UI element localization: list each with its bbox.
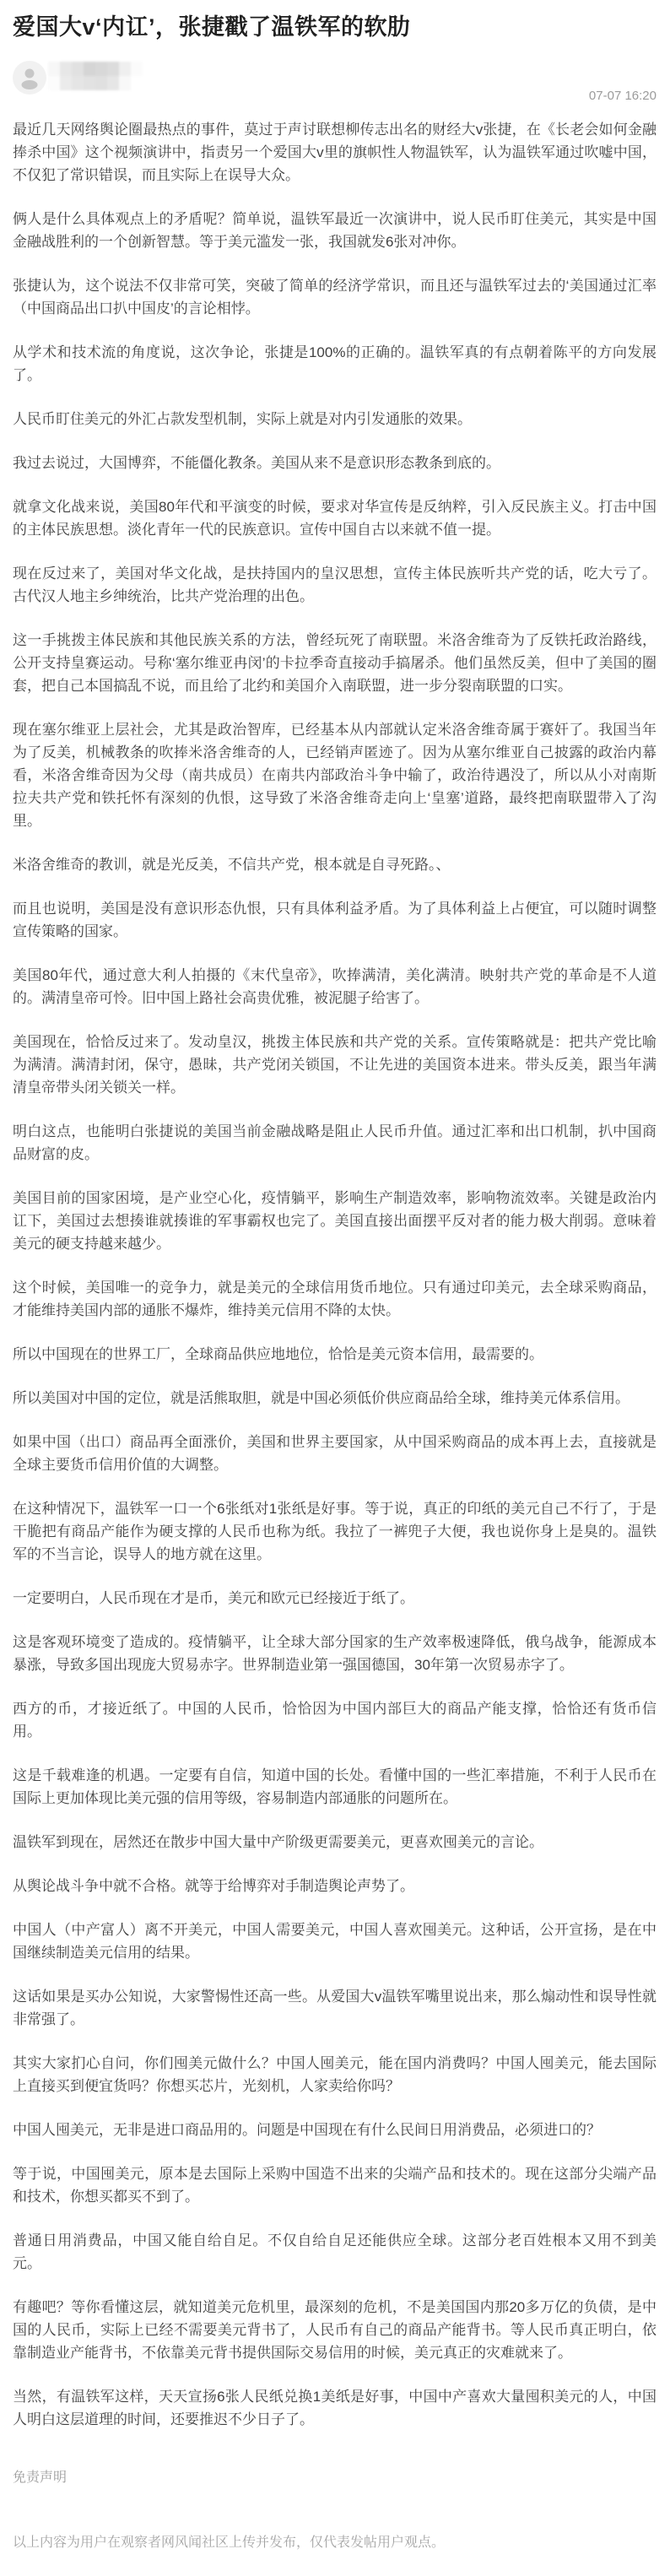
article-paragraph: 普通日用消费品，中国又能自给自足。不仅自给自足还能供应全球。这部分老百姓根本又用… (13, 2229, 656, 2275)
article-paragraph: 最近几天网络舆论圈最热点的事件，莫过于声讨联想柳传志出名的财经大v张捷，在《长老… (13, 118, 656, 187)
article-paragraph: 温铁军到现在，居然还在散步中国大量中产阶级更需要美元，更喜欢囤美元的言论。 (13, 1831, 656, 1854)
disclaimer-text: 以上内容为用户在观察者网风闻社区上传并发布，仅代表发帖用户观点。 (13, 2531, 656, 2551)
article-paragraph: 美国80年代，通过意大利人拍摄的《末代皇帝》，吹捧满清，美化满清。映射共产党的革… (13, 964, 656, 1009)
article-paragraph: 这话如果是买办公知说，大家警惕性还高一些。从爱国大v温铁军嘴里说出来，那么煽动性… (13, 1985, 656, 2031)
article-paragraph: 就拿文化战来说，美国80年代和平演变的时候，要求对华宣传是反纳粹，引入反民族主义… (13, 495, 656, 541)
article-body: 最近几天网络舆论圈最热点的事件，莫过于声讨联想柳传志出名的财经大v张捷，在《长老… (13, 118, 656, 2431)
article-paragraph: 而且也说明，美国是没有意识形态仇恨，只有具体利益矛盾。为了具体利益上占便宜，可以… (13, 897, 656, 943)
article-paragraph: 这是客观环境变了造成的。疫情躺平，让全球大部分国家的生产效率极速降低，俄乌战争，… (13, 1631, 656, 1676)
article-paragraph: 人民币盯住美元的外汇占款发型机制，实际上就是对内引发通胀的效果。 (13, 408, 656, 430)
article-paragraph: 当然，有温铁军这样，天天宣扬6张人民纸兑换1美纸是好事，中国中产喜欢大量囤积美元… (13, 2385, 656, 2431)
article-paragraph: 俩人是什么具体观点上的矛盾呢？简单说，温铁军最近一次演讲中，说人民币盯住美元，其… (13, 208, 656, 253)
person-icon (13, 61, 46, 95)
article-paragraph: 现在塞尔维亚上层社会，尤其是政治智库，已经基本从内部就认定米洛舍维奇属于赛奸了。… (13, 718, 656, 832)
page-title: 爱国大v‘内讧’，张捷戳了温铁军的软肋 (13, 12, 656, 42)
article-paragraph: 中国人（中产富人）离不开美元，中国人需要美元，中国人喜欢囤美元。这种话，公开宣扬… (13, 1918, 656, 1964)
article-paragraph: 美国目前的国家困境，是产业空心化，疫情躺平，影响生产制造效率，影响物流效率。关键… (13, 1187, 656, 1255)
article-paragraph: 等于说，中国囤美元，原本是去国际上采购中国造不出来的尖端产品和技术的。现在这部分… (13, 2162, 656, 2208)
author-name-blurred[interactable] (48, 62, 143, 90)
article-paragraph: 如果中国（出口）商品再全面涨价，美国和世界主要国家，从中国采购商品的成本再上去，… (13, 1431, 656, 1476)
article-paragraph: 所以中国现在的世界工厂，全球商品供应地地位，恰恰是美元资本信用，最需要的。 (13, 1343, 656, 1366)
article-paragraph: 张捷认为，这个说法不仅非常可笑，突破了简单的经济学常识，而且还与温铁军过去的‘美… (13, 274, 656, 320)
article-paragraph: 在这种情况下，温铁军一口一个6张纸对1张纸是好事。等于说，真正的印纸的美元自己不… (13, 1497, 656, 1566)
article-paragraph: 这是千载难逢的机遇。一定要有自信，知道中国的长处。看懂中国的一些汇率措施，不利于… (13, 1764, 656, 1810)
article-paragraph: 米洛舍维奇的教训，就是光反美，不信共产党，根本就是自寻死路。、 (13, 853, 656, 876)
user-avatar[interactable] (13, 61, 46, 95)
post-timestamp: 07-07 16:20 (589, 89, 656, 103)
article-paragraph: 美国现在，恰恰反过来了。发动皇汉，挑拨主体民族和共产党的关系。宣传策略就是：把共… (13, 1031, 656, 1099)
article-paragraph: 其实大家扪心自问，你们囤美元做什么？中国人囤美元，能在国内消费吗？中国人囤美元，… (13, 2052, 656, 2097)
disclaimer-heading: 免责声明 (13, 2466, 656, 2486)
article-paragraph: 中国人囤美元，无非是进口商品用的。问题是中国现在有什么民间日用消费品，必须进口的… (13, 2119, 656, 2141)
article-paragraph: 明白这点，也能明白张捷说的美国当前金融战略是阻止人民币升值。通过汇率和出口机制，… (13, 1120, 656, 1166)
article-paragraph: 我过去说过，大国博弈，不能僵化教条。美国从来不是意识形态教条到底的。 (13, 452, 656, 474)
article-paragraph: 这一手挑拨主体民族和其他民族关系的方法，曾经玩死了南联盟。米洛舍维奇为了反铁托政… (13, 629, 656, 697)
article-paragraph: 有趣吧？等你看懂这层，就知道美元危机里，最深刻的危机，不是美国国内那20多万亿的… (13, 2296, 656, 2364)
article-paragraph: 一定要明白，人民币现在才是币，美元和欧元已经接近于纸了。 (13, 1587, 656, 1610)
article-paragraph: 这个时候，美国唯一的竞争力，就是美元的全球信用货币地位。只有通过印美元，去全球采… (13, 1276, 656, 1322)
article-page: 爱国大v‘内讧’，张捷戳了温铁军的软肋 07-07 16:20 最近几天网络舆论… (0, 0, 670, 2576)
author-row: 07-07 16:20 (13, 61, 656, 100)
article-paragraph: 现在反过来了，美国对华文化战，是扶持国内的皇汉思想，宣传主体民族听共产党的话，吃… (13, 562, 656, 608)
article-paragraph: 从学术和技术流的角度说，这次争论，张捷是100%的正确的。温铁军真的有点朝着陈平… (13, 341, 656, 387)
article-paragraph: 从舆论战斗争中就不合格。就等于给博弈对手制造舆论声势了。 (13, 1875, 656, 1897)
article-paragraph: 西方的币，才接近纸了。中国的人民币，恰恰因为中国内部巨大的商品产能支撑，恰恰还有… (13, 1697, 656, 1743)
article-paragraph: 所以美国对中国的定位，就是活熊取胆，就是中国必须低价供应商品给全球，维持美元体系… (13, 1387, 656, 1410)
